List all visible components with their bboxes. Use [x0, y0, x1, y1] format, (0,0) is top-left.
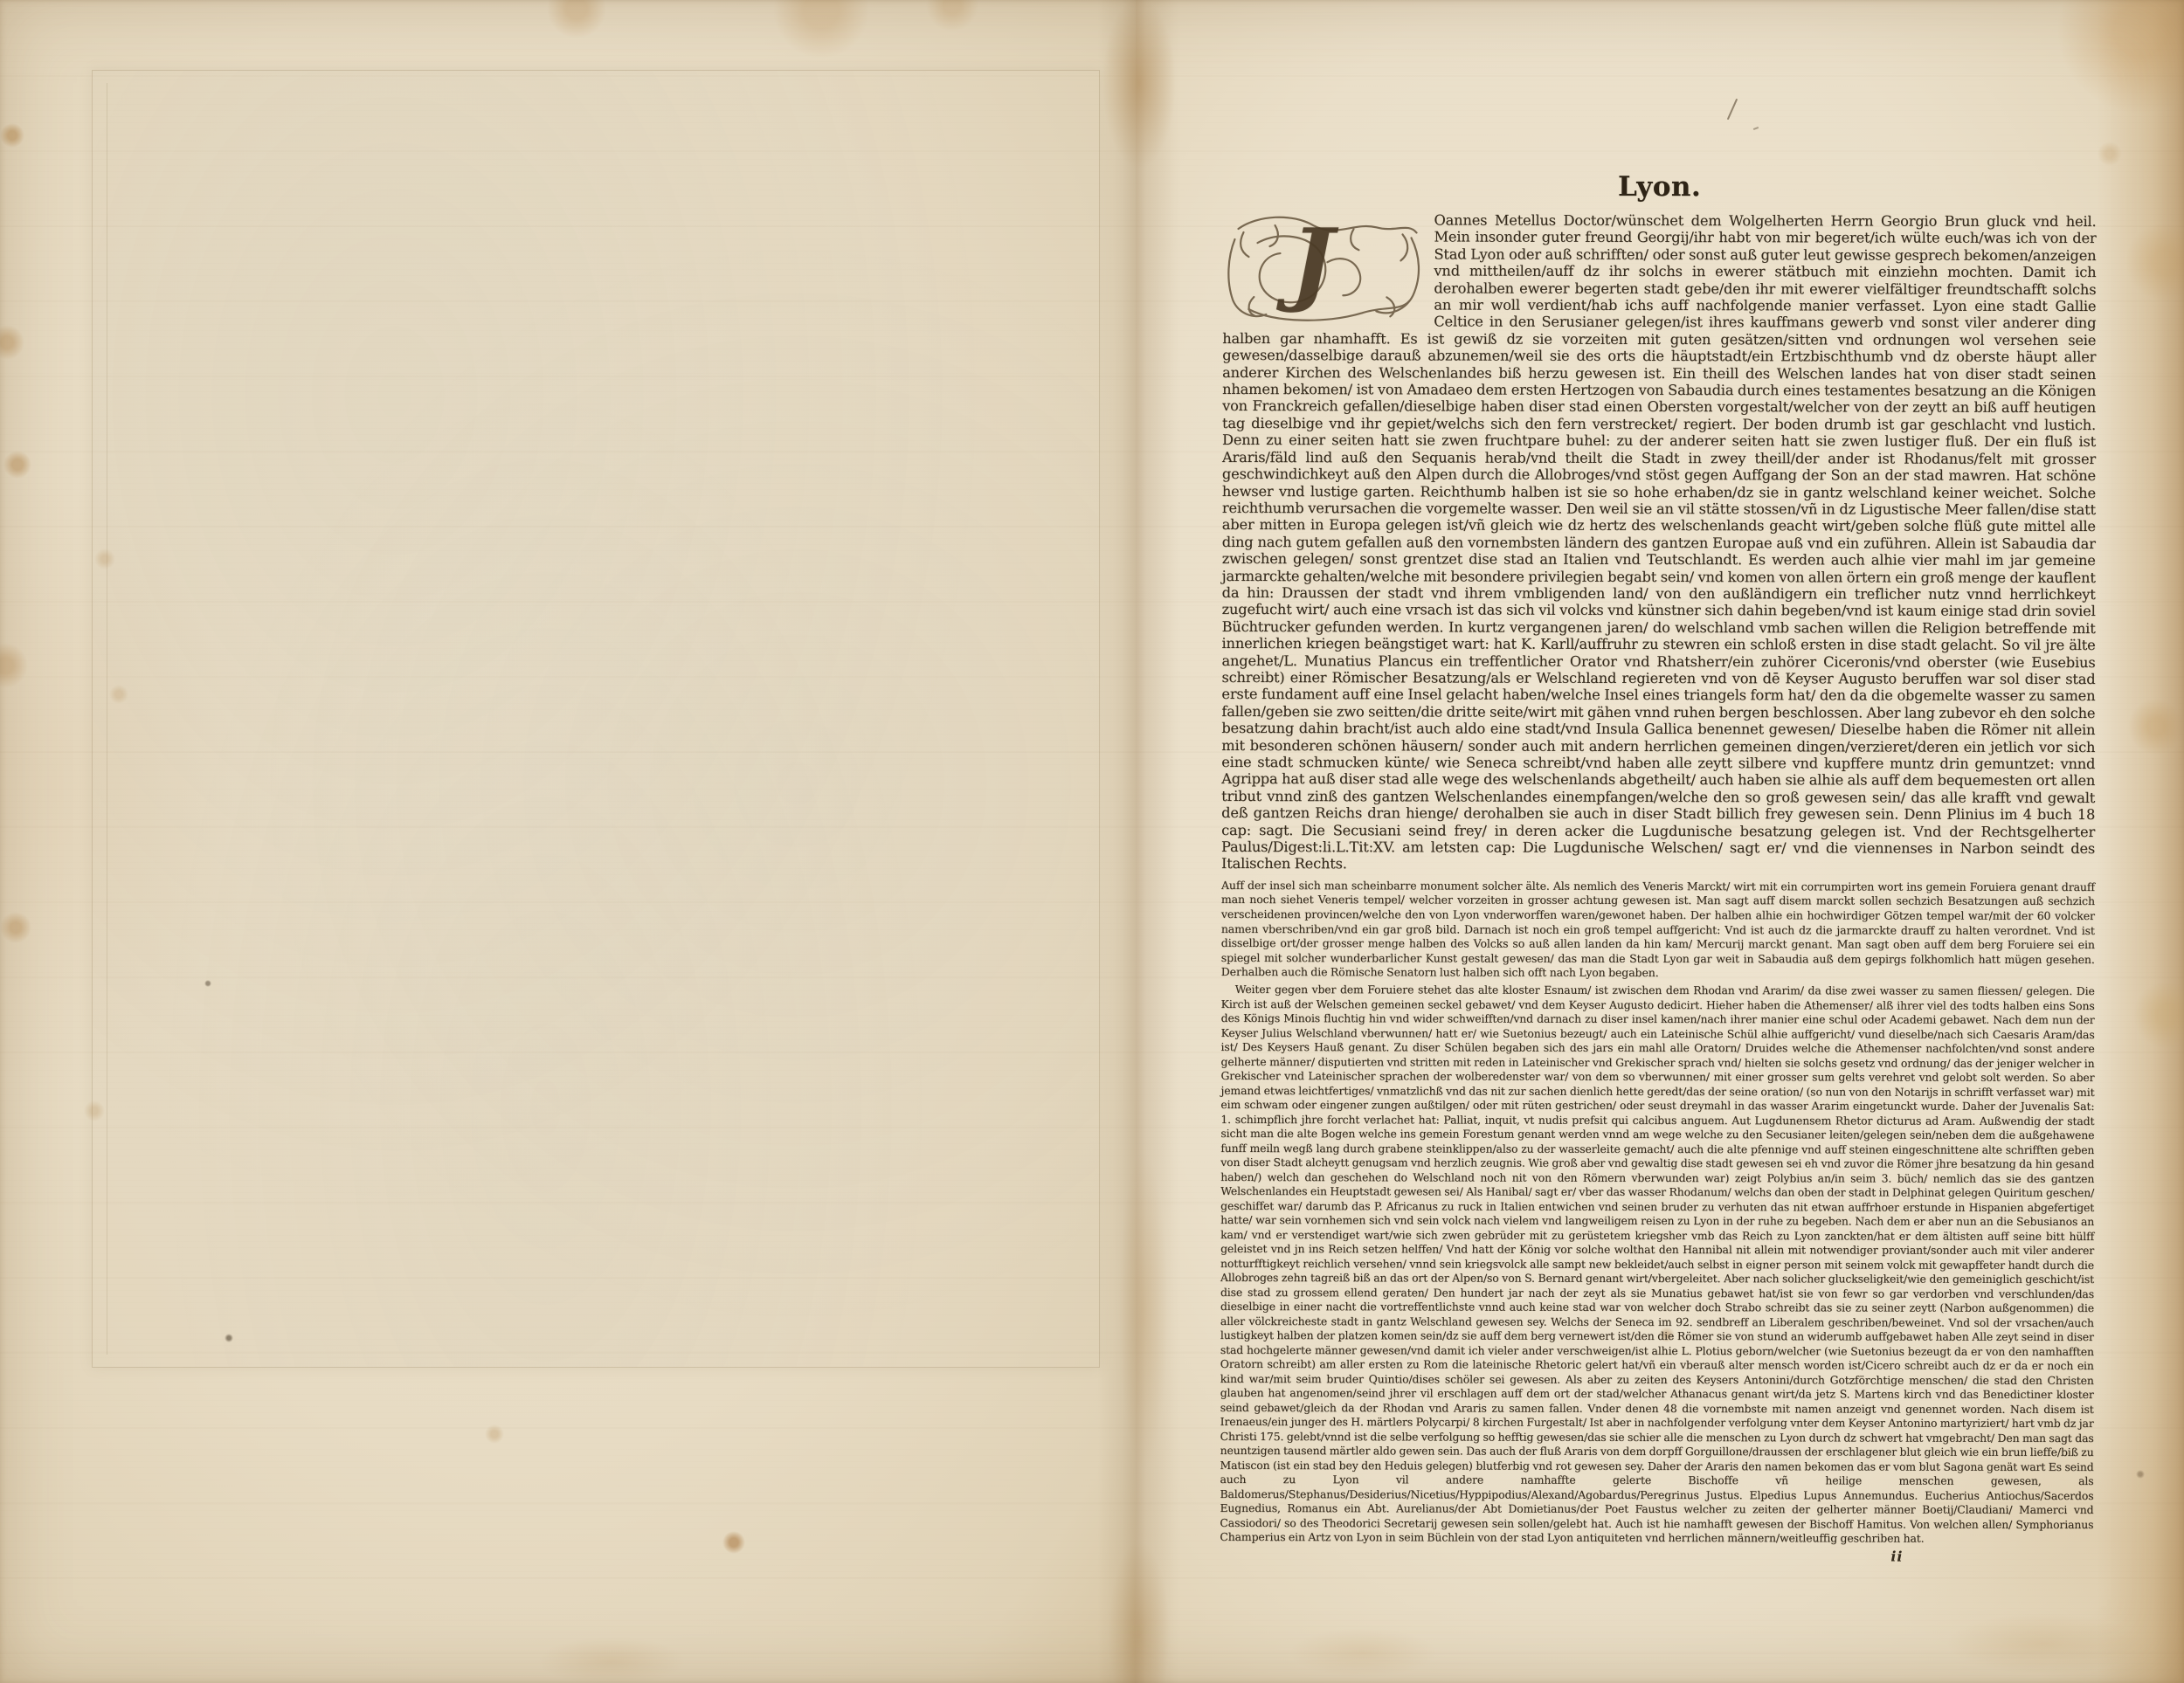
drop-cap: J [1222, 213, 1423, 323]
plate-inner-line [107, 83, 107, 1355]
plate-impression [92, 70, 1100, 1368]
second-paragraph: Weiter gegen vber dem Foruiere stehet da… [1220, 983, 2094, 1547]
left-blank-page [0, 0, 1136, 1683]
page-title: Lyon. [1223, 170, 2097, 203]
dedication-paragraph-small: Auff der insel sich man scheinbarre monu… [1221, 879, 2095, 982]
dedication-paragraph: J Oannes Metellus Doctor/wünschet dem Wo… [1221, 211, 2097, 874]
book-spread: { "page": { "title": "Lyon.", "drop_cap"… [0, 0, 2184, 1683]
signature-mark: ii [1220, 1546, 2093, 1564]
text-column: Lyon. J Oann [1220, 170, 2096, 1565]
drop-cap-letter: J [1290, 210, 1333, 314]
